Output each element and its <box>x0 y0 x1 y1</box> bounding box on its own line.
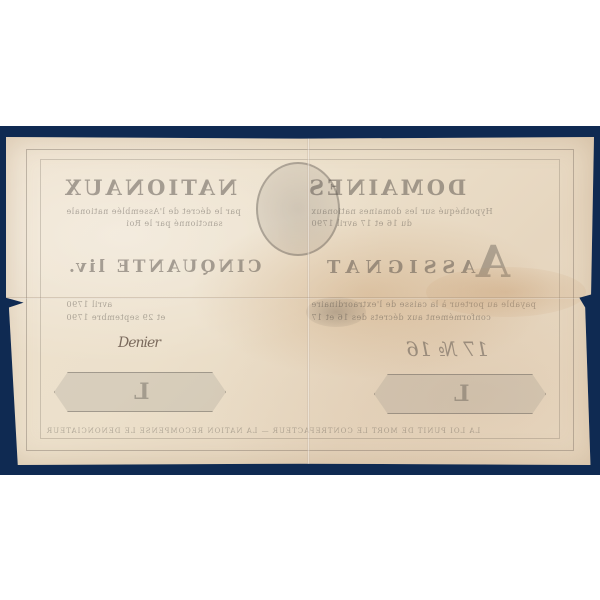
small-text-left-2: sanctionné par le Roi <box>126 219 223 228</box>
serial-number: 17 № 16 <box>406 337 489 361</box>
cartouche-right: L <box>374 374 546 414</box>
stain <box>306 297 366 327</box>
header-left: NATIONAUX <box>62 175 237 200</box>
small-text-right-1: Hypothéqué sur les domaines nationaux <box>311 207 493 216</box>
vertical-fold <box>307 137 310 465</box>
stain <box>426 267 586 317</box>
small-text-left-1: par le décret de l'Assemblée nationale <box>66 207 241 216</box>
small-text-left-3: avril 1790 <box>66 300 112 309</box>
horizontal-fold <box>6 297 594 299</box>
header-right: DOMAINES <box>306 175 466 200</box>
cartouche-left: L <box>54 372 226 412</box>
value-label: CINQUANTE liv. <box>66 257 261 277</box>
small-text-right-2: du 16 et 17 avril 1790 <box>311 219 412 228</box>
signature: Denier <box>118 335 160 351</box>
assignat-banknote: DOMAINES NATIONAUX Hypothéqué sur les do… <box>6 137 594 465</box>
small-text-left-4: et 29 septembre 1790 <box>66 313 165 322</box>
footer-text: LA LOI PUNIT DE MORT LE CONTREFACTEUR — … <box>46 427 556 435</box>
